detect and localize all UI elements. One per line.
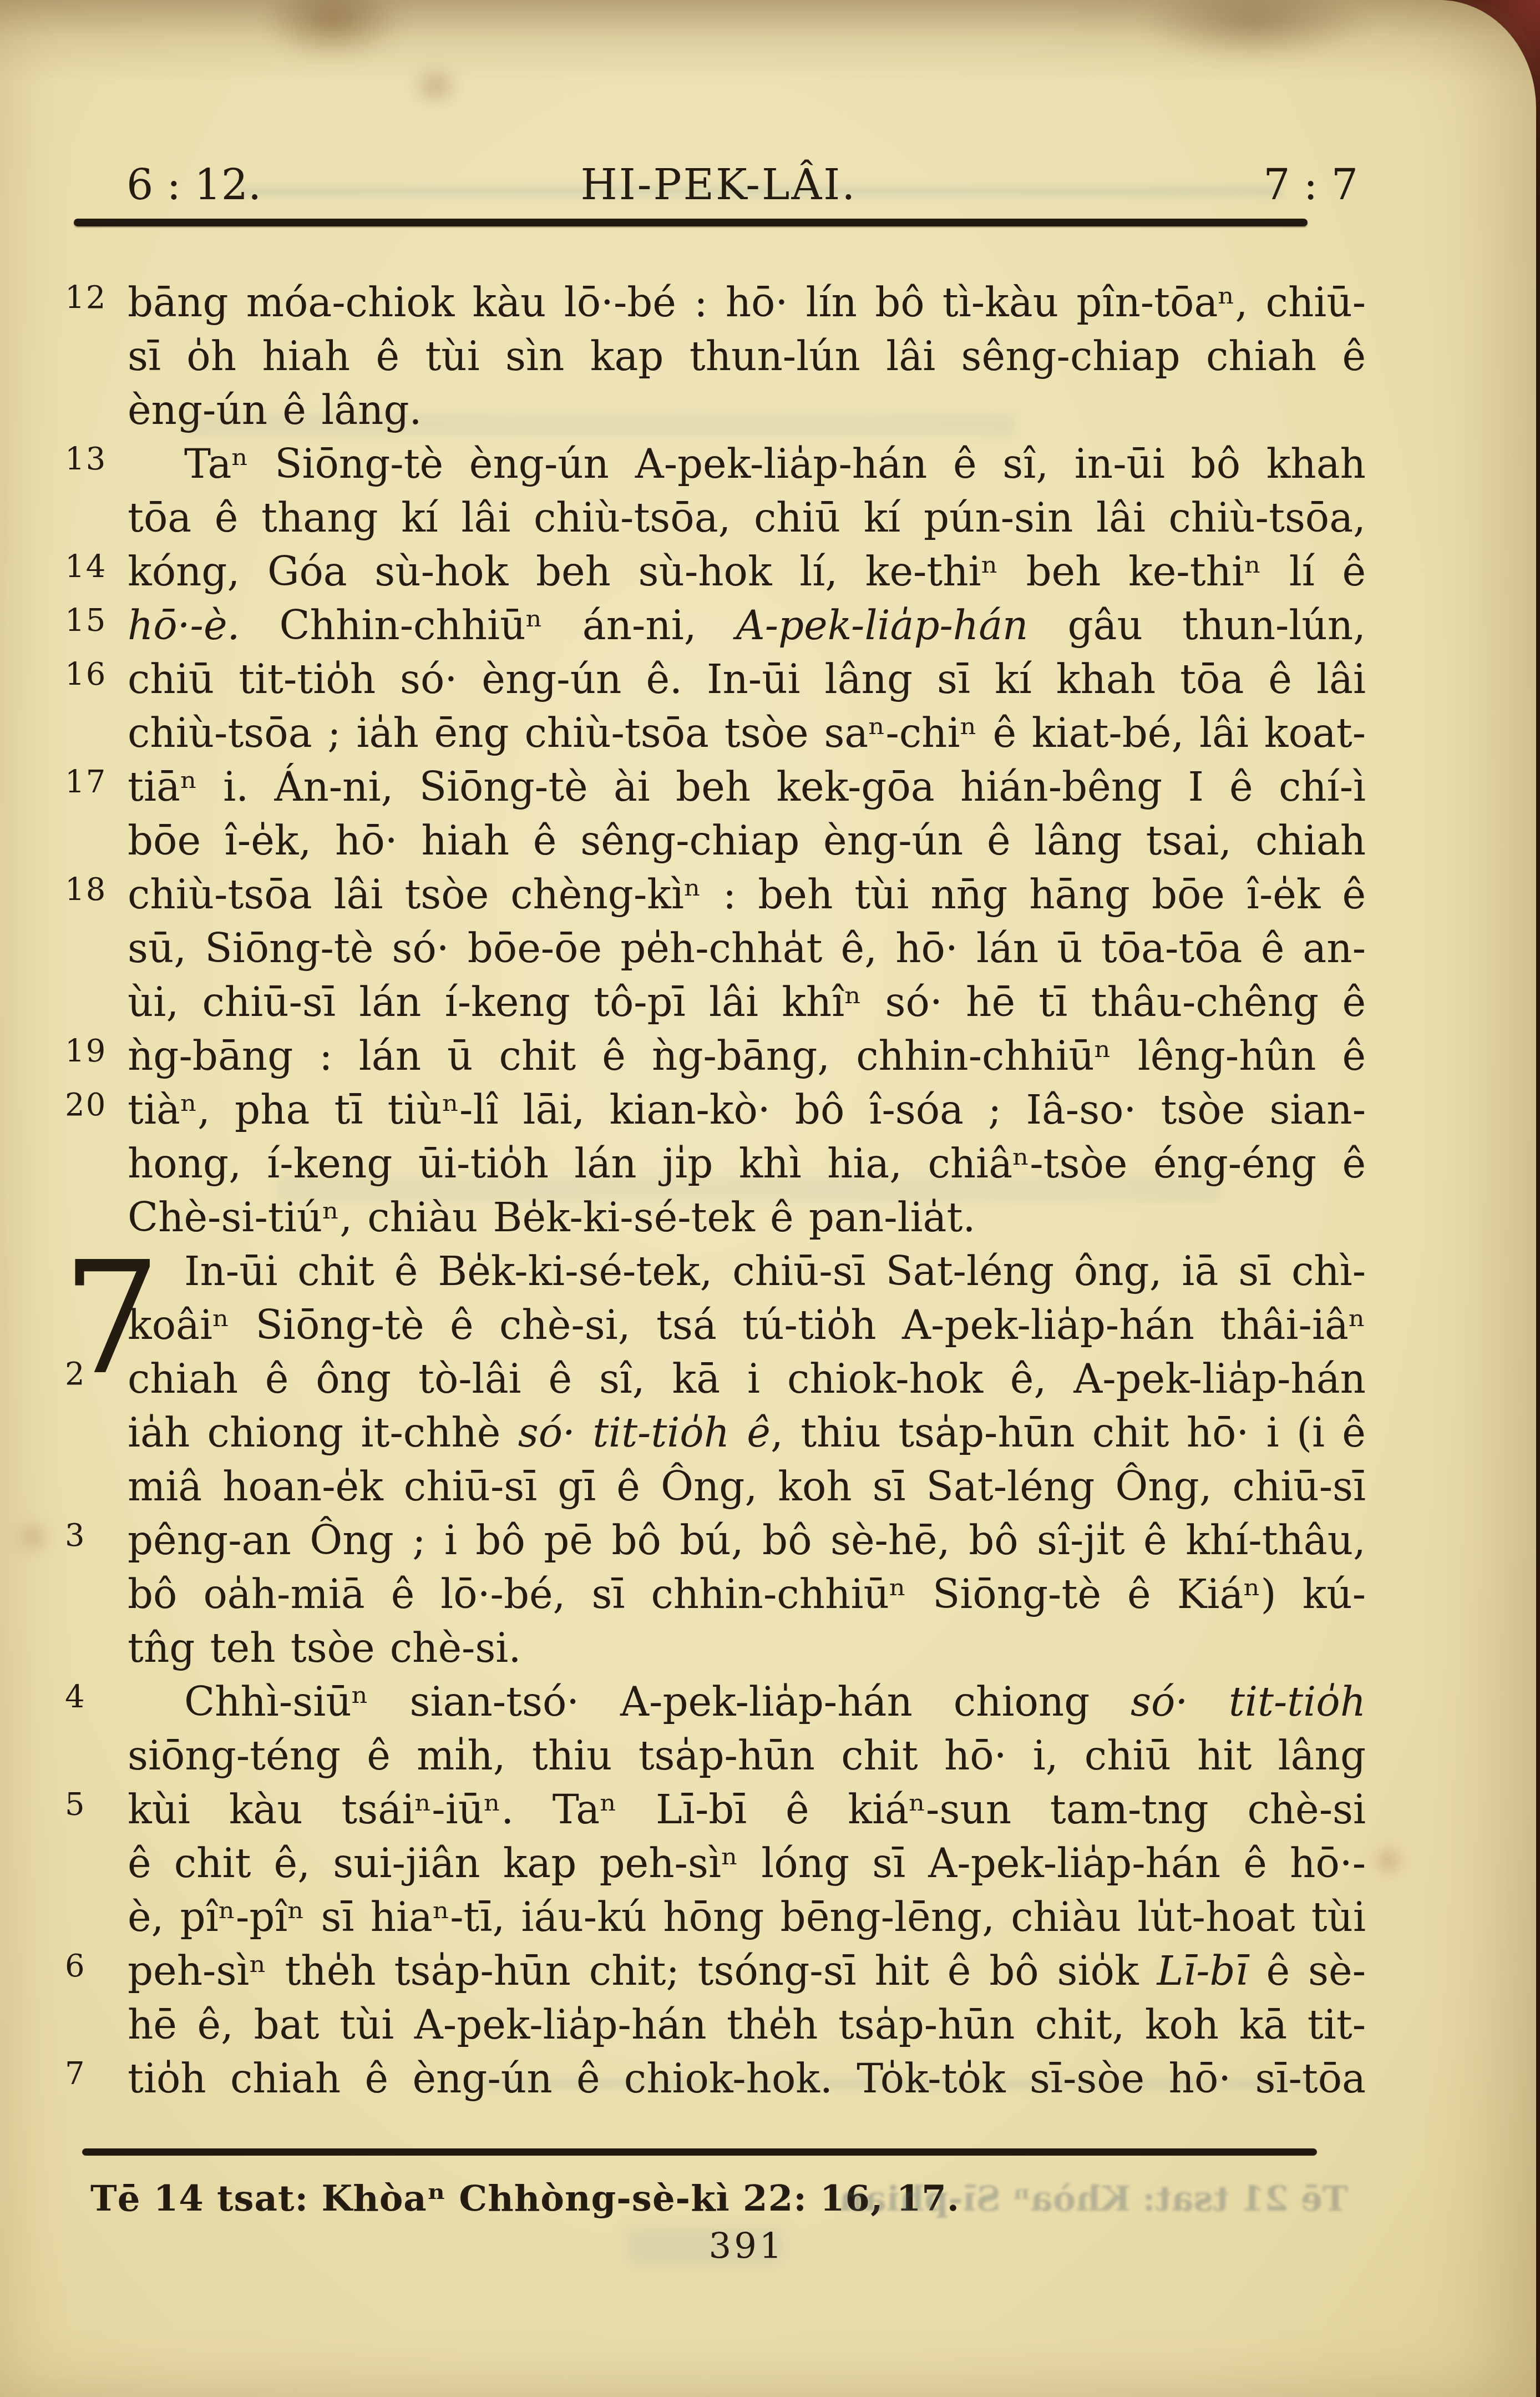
verse-line: bōe î-e̍k, hō· hiah ê sêng-chiap èng-ún … [128, 814, 1366, 868]
text-run: ê sè- [1248, 1948, 1366, 1994]
text-run: tio̍h chiah ê èng-ún ê chiok-hok. To̍k-t… [128, 2055, 1366, 2102]
verse-text: hō·-è. Chhin-chhiūⁿ án-ni, A-pek-lia̍p-h… [128, 599, 1366, 653]
verse-number: 14 [65, 540, 123, 594]
verse-text: chiù-tsōa lâi tsòe chèng-kìⁿ : beh tùi n… [128, 868, 1366, 922]
verse-number: 4 [65, 1670, 123, 1724]
verse-text: bô oa̍h-miā ê lō·-bé, sī chhin-chhiūⁿ Si… [128, 1567, 1366, 1621]
verse-line: Chè-si-tiúⁿ, chiàu Be̍k-ki-sé-tek ê pan-… [128, 1191, 1366, 1245]
text-run: è, pîⁿ-pîⁿ sī hiaⁿ-tī, iáu-kú hōng bēng-… [128, 1894, 1366, 1940]
verse-line: ê chit ê, sui-jiân kap peh-sìⁿ lóng sī A… [128, 1837, 1366, 1890]
text-run: chiù-tsōa lâi tsòe chèng-kìⁿ : beh tùi n… [128, 871, 1366, 918]
verse-text: kùi kàu tsáiⁿ-iūⁿ. Taⁿ Lī-bī ê kiáⁿ-sun … [128, 1783, 1366, 1837]
verse-line: siōng-téng ê mi̍h, thiu tsa̍p-hūn chit h… [128, 1729, 1366, 1783]
text-run: tiàⁿ, pha tī tiùⁿ-lî lāi, kian-kò· bô î-… [128, 1086, 1366, 1133]
verse-line: 12bāng móa-chiok kàu lō·-bé : hō· lín bô… [128, 276, 1366, 330]
verse-text: chiù-tsōa ; ia̍h ēng chiù-tsōa tsòe saⁿ-… [128, 706, 1366, 760]
scanned-book-page: 6 : 12. HI-PEK-LÂI. 7 : 7 7 12bāng móa-c… [0, 0, 1540, 2397]
verse-line: 3pêng-an Ông ; i bô pē bô bú, bô sè-hē, … [128, 1514, 1366, 1567]
verse-line: bô oa̍h-miā ê lō·-bé, sī chhin-chhiūⁿ Si… [128, 1567, 1366, 1621]
verse-line: 15hō·-è. Chhin-chhiūⁿ án-ni, A-pek-lia̍p… [128, 599, 1366, 653]
verse-number: 19 [65, 1024, 123, 1078]
text-run: In-ūi chit ê Be̍k-ki-sé-tek, chiū-sī Sat… [184, 1248, 1366, 1294]
verse-text: ǹg-bāng : lán ū chit ê ǹg-bāng, chhin-ch… [128, 1029, 1366, 1083]
verse-line: 17tiāⁿ i. Án-ni, Siōng-tè ài beh kek-gōa… [128, 760, 1366, 814]
text-run: sū, Siōng-tè só· bōe-ōe pe̍h-chha̍t ê, h… [128, 925, 1366, 972]
page-number: 391 [128, 2226, 1366, 2267]
text-run: koâiⁿ Siōng-tè ê chè-si, tsá tú-tio̍h A-… [128, 1302, 1366, 1348]
verse-line: In-ūi chit ê Be̍k-ki-sé-tek, chiū-sī Sat… [128, 1245, 1366, 1298]
text-run: ê chit ê, sui-jiân kap peh-sìⁿ lóng sī A… [128, 1840, 1366, 1887]
verse-text: è, pîⁿ-pîⁿ sī hiaⁿ-tī, iáu-kú hōng bēng-… [128, 1890, 1366, 1944]
text-run: kùi kàu tsáiⁿ-iūⁿ. Taⁿ Lī-bī ê kiáⁿ-sun … [128, 1786, 1366, 1833]
text-run: hong, í-keng ūi-tio̍h lán ji̍p khì hia, … [128, 1140, 1366, 1187]
text-run: bô oa̍h-miā ê lō·-bé, sī chhin-chhiūⁿ Si… [128, 1571, 1366, 1617]
verse-text: chiū tit-tio̍h só· èng-ún ê. In-ūi lâng … [128, 653, 1366, 706]
text-run: siōng-téng ê mi̍h, thiu tsa̍p-hūn chit h… [128, 1732, 1366, 1783]
verse-text: ùi, chiū-sī lán í-keng tô-pī lâi khîⁿ só… [128, 975, 1366, 1029]
verse-text: tiàⁿ, pha tī tiùⁿ-lî lāi, kian-kò· bô î-… [128, 1083, 1366, 1137]
verse-text: peh-sìⁿ the̍h tsa̍p-hūn chit; tsóng-sī h… [128, 1944, 1366, 1998]
verse-text: tiāⁿ i. Án-ni, Siōng-tè ài beh kek-gōa h… [128, 760, 1366, 814]
italic-text-run: A-pek-lia̍p-hán [736, 602, 1029, 649]
verse-line: 7tio̍h chiah ê èng-ún ê chiok-hok. To̍k-… [128, 2052, 1366, 2106]
verse-number: 5 [65, 1778, 123, 1832]
text-run: ia̍h chiong it-chhè [128, 1409, 518, 1456]
verse-text: èng-ún ê lâng. [128, 383, 1366, 437]
verse-line: chiù-tsōa ; ia̍h ēng chiù-tsōa tsòe saⁿ-… [128, 706, 1366, 760]
italic-text-run: Lī-bī [1157, 1948, 1248, 1994]
verse-text: tn̂g teh tsòe chè-si. [128, 1621, 1366, 1675]
text-run: bōe î-e̍k, hō· hiah ê sêng-chiap èng-ún … [128, 817, 1366, 868]
verse-text: chiah ê ông tò-lâi ê sî, kā i chiok-hok … [128, 1352, 1366, 1406]
verse-line: 13Taⁿ Siōng-tè èng-ún A-pek-lia̍p-hán ê … [128, 437, 1366, 491]
text-run: chiū tit-tio̍h só· èng-ún ê. In-ūi lâng … [128, 656, 1366, 702]
footnote-rule [82, 2148, 1317, 2156]
verse-text: In-ūi chit ê Be̍k-ki-sé-tek, chiū-sī Sat… [128, 1245, 1366, 1298]
verse-line: 19ǹg-bāng : lán ū chit ê ǹg-bāng, chhin-… [128, 1029, 1366, 1083]
verse-number: 6 [65, 1939, 123, 1993]
text-run: peh-sìⁿ the̍h tsa̍p-hūn chit; tsóng-sī h… [128, 1948, 1157, 1994]
verse-line: ùi, chiū-sī lán í-keng tô-pī lâi khîⁿ só… [128, 975, 1366, 1029]
verse-line: tn̂g teh tsòe chè-si. [128, 1621, 1366, 1675]
verse-line: 5kùi kàu tsáiⁿ-iūⁿ. Taⁿ Lī-bī ê kiáⁿ-sun… [128, 1783, 1366, 1837]
verse-text: ia̍h chiong it-chhè só· tit-tio̍h ê, thi… [128, 1406, 1366, 1460]
verse-number: 17 [65, 755, 123, 809]
verse-line: sū, Siōng-tè só· bōe-ōe pe̍h-chha̍t ê, h… [128, 922, 1366, 975]
text-run: gâu thun-lún, [1028, 602, 1366, 649]
text-run: pêng-an Ông ; i bô pē bô bú, bô sè-hē, b… [128, 1517, 1366, 1564]
verse-number: 3 [65, 1509, 123, 1562]
verse-line: sī o̍h hiah ê tùi sìn kap thun-lún lâi s… [128, 330, 1366, 383]
verse-number: 20 [65, 1078, 123, 1132]
verse-number: 2 [65, 1347, 123, 1401]
text-block: 12bāng móa-chiok kàu lō·-bé : hō· lín bô… [128, 276, 1366, 2106]
italic-text-run: só· tit-tio̍h ê [518, 1409, 771, 1456]
verse-line: tōa ê thang kí lâi chiù-tsōa, chiū kí pú… [128, 491, 1366, 545]
text-run: tiāⁿ i. Án-ni, Siōng-tè ài beh kek-gōa h… [128, 763, 1366, 810]
verse-text: Chè-si-tiúⁿ, chiàu Be̍k-ki-sé-tek ê pan-… [128, 1191, 1366, 1245]
text-run: Chè-si-tiúⁿ, chiàu Be̍k-ki-sé-tek ê pan-… [128, 1194, 975, 1241]
verse-line: miâ hoan-e̍k chiū-sī gī ê Ông, koh sī Sa… [128, 1460, 1366, 1514]
footnote-showthrough-text: Tē 21 tsat: Khòaⁿ Sī-phian [793, 2174, 1348, 2224]
verse-text: bōe î-e̍k, hō· hiah ê sêng-chiap èng-ún … [128, 814, 1366, 868]
text-run: ùi, chiū-sī lán í-keng tô-pī lâi khîⁿ só… [128, 979, 1366, 1025]
verse-text: tōa ê thang kí lâi chiù-tsōa, chiū kí pú… [128, 491, 1366, 545]
verse-text: tio̍h chiah ê èng-ún ê chiok-hok. To̍k-t… [128, 2052, 1366, 2106]
verse-line: è, pîⁿ-pîⁿ sī hiaⁿ-tī, iáu-kú hōng bēng-… [128, 1890, 1366, 1944]
italic-text-run: hō·-è. [128, 602, 240, 649]
verse-text: sū, Siōng-tè só· bōe-ōe pe̍h-chha̍t ê, h… [128, 922, 1366, 975]
book-title: HI-PEK-LÂI. [74, 160, 1364, 210]
text-run: Taⁿ Siōng-tè èng-ún A-pek-lia̍p-hán ê sî… [184, 441, 1366, 487]
text-run: kóng, Góa sù-hok beh sù-hok lí, ke-thiⁿ … [128, 548, 1366, 595]
text-run: tn̂g teh tsòe chè-si. [128, 1625, 521, 1671]
text-run: hē ê, bat tùi A-pek-lia̍p-hán the̍h tsa̍… [128, 2001, 1366, 2048]
verse-number: 15 [65, 594, 123, 648]
page-content: 6 : 12. HI-PEK-LÂI. 7 : 7 7 12bāng móa-c… [0, 0, 1540, 2397]
verse-line: hong, í-keng ūi-tio̍h lán ji̍p khì hia, … [128, 1137, 1366, 1191]
verse-line: 2chiah ê ông tò-lâi ê sî, kā i chiok-hok… [128, 1352, 1366, 1406]
header-rule [74, 219, 1308, 226]
verse-text: sī o̍h hiah ê tùi sìn kap thun-lún lâi s… [128, 330, 1366, 383]
text-run: Chhì-siūⁿ sian-tsó· A-pek-lia̍p-hán chio… [184, 1678, 1131, 1725]
verse-line: èng-ún ê lâng. [128, 383, 1366, 437]
verse-number: 13 [65, 432, 123, 486]
verse-line: koâiⁿ Siōng-tè ê chè-si, tsá tú-tio̍h A-… [128, 1298, 1366, 1352]
verse-line: 16chiū tit-tio̍h só· èng-ún ê. In-ūi lân… [128, 653, 1366, 706]
verse-text: Chhì-siūⁿ sian-tsó· A-pek-lia̍p-hán chio… [128, 1675, 1366, 1729]
verse-number: 16 [65, 648, 123, 701]
verse-text: Taⁿ Siōng-tè èng-ún A-pek-lia̍p-hán ê sî… [128, 437, 1366, 491]
verse-text: bāng móa-chiok kàu lō·-bé : hō· lín bô t… [128, 276, 1366, 330]
verse-line: 14kóng, Góa sù-hok beh sù-hok lí, ke-thi… [128, 545, 1366, 599]
header-right-reference: 7 : 7 [1263, 160, 1358, 210]
verse-line: 20tiàⁿ, pha tī tiùⁿ-lî lāi, kian-kò· bô … [128, 1083, 1366, 1137]
verse-line: ia̍h chiong it-chhè só· tit-tio̍h ê, thi… [128, 1406, 1366, 1460]
text-run: ǹg-bāng : lán ū chit ê ǹg-bāng, chhin-ch… [128, 1033, 1366, 1079]
text-run: , thiu tsa̍p-hūn chit hō· i (i ê [771, 1409, 1366, 1456]
verse-text: hē ê, bat tùi A-pek-lia̍p-hán the̍h tsa̍… [128, 1998, 1366, 2052]
verse-text: hong, í-keng ūi-tio̍h lán ji̍p khì hia, … [128, 1137, 1366, 1191]
text-run: tōa ê thang kí lâi chiù-tsōa, chiū kí pú… [128, 494, 1366, 541]
text-run: Chhin-chhiūⁿ án-ni, [240, 602, 736, 649]
verse-text: koâiⁿ Siōng-tè ê chè-si, tsá tú-tio̍h A-… [128, 1298, 1366, 1352]
text-run: sī o̍h hiah ê tùi sìn kap thun-lún lâi s… [128, 333, 1366, 380]
running-header: 6 : 12. HI-PEK-LÂI. 7 : 7 [74, 160, 1364, 210]
verse-number: 18 [65, 863, 123, 917]
verse-text: ê chit ê, sui-jiân kap peh-sìⁿ lóng sī A… [128, 1837, 1366, 1890]
text-run: èng-ún ê lâng. [128, 387, 422, 433]
verse-text: pêng-an Ông ; i bô pē bô bú, bô sè-hē, b… [128, 1514, 1366, 1567]
verse-line: hē ê, bat tùi A-pek-lia̍p-hán the̍h tsa̍… [128, 1998, 1366, 2052]
verse-number: 12 [65, 271, 123, 325]
text-run: chiù-tsōa ; ia̍h ēng chiù-tsōa tsòe saⁿ-… [128, 710, 1366, 756]
verse-text: kóng, Góa sù-hok beh sù-hok lí, ke-thiⁿ … [128, 545, 1366, 599]
verse-line: 6peh-sìⁿ the̍h tsa̍p-hūn chit; tsóng-sī … [128, 1944, 1366, 1998]
verse-line: 4Chhì-siūⁿ sian-tsó· A-pek-lia̍p-hán chi… [128, 1675, 1366, 1729]
verse-text: siōng-téng ê mi̍h, thiu tsa̍p-hūn chit h… [128, 1729, 1366, 1783]
verse-number: 7 [65, 2047, 123, 2101]
text-run: chiah ê ông tò-lâi ê sî, kā i chiok-hok … [128, 1356, 1366, 1402]
italic-text-run: só· tit-tio̍h [1131, 1678, 1366, 1725]
text-run: bāng móa-chiok kàu lō·-bé : hō· lín bô t… [128, 279, 1366, 326]
verse-line: 18chiù-tsōa lâi tsòe chèng-kìⁿ : beh tùi… [128, 868, 1366, 922]
text-run: miâ hoan-e̍k chiū-sī gī ê Ông, koh sī Sa… [128, 1463, 1366, 1510]
verse-text: miâ hoan-e̍k chiū-sī gī ê Ông, koh sī Sa… [128, 1460, 1366, 1514]
